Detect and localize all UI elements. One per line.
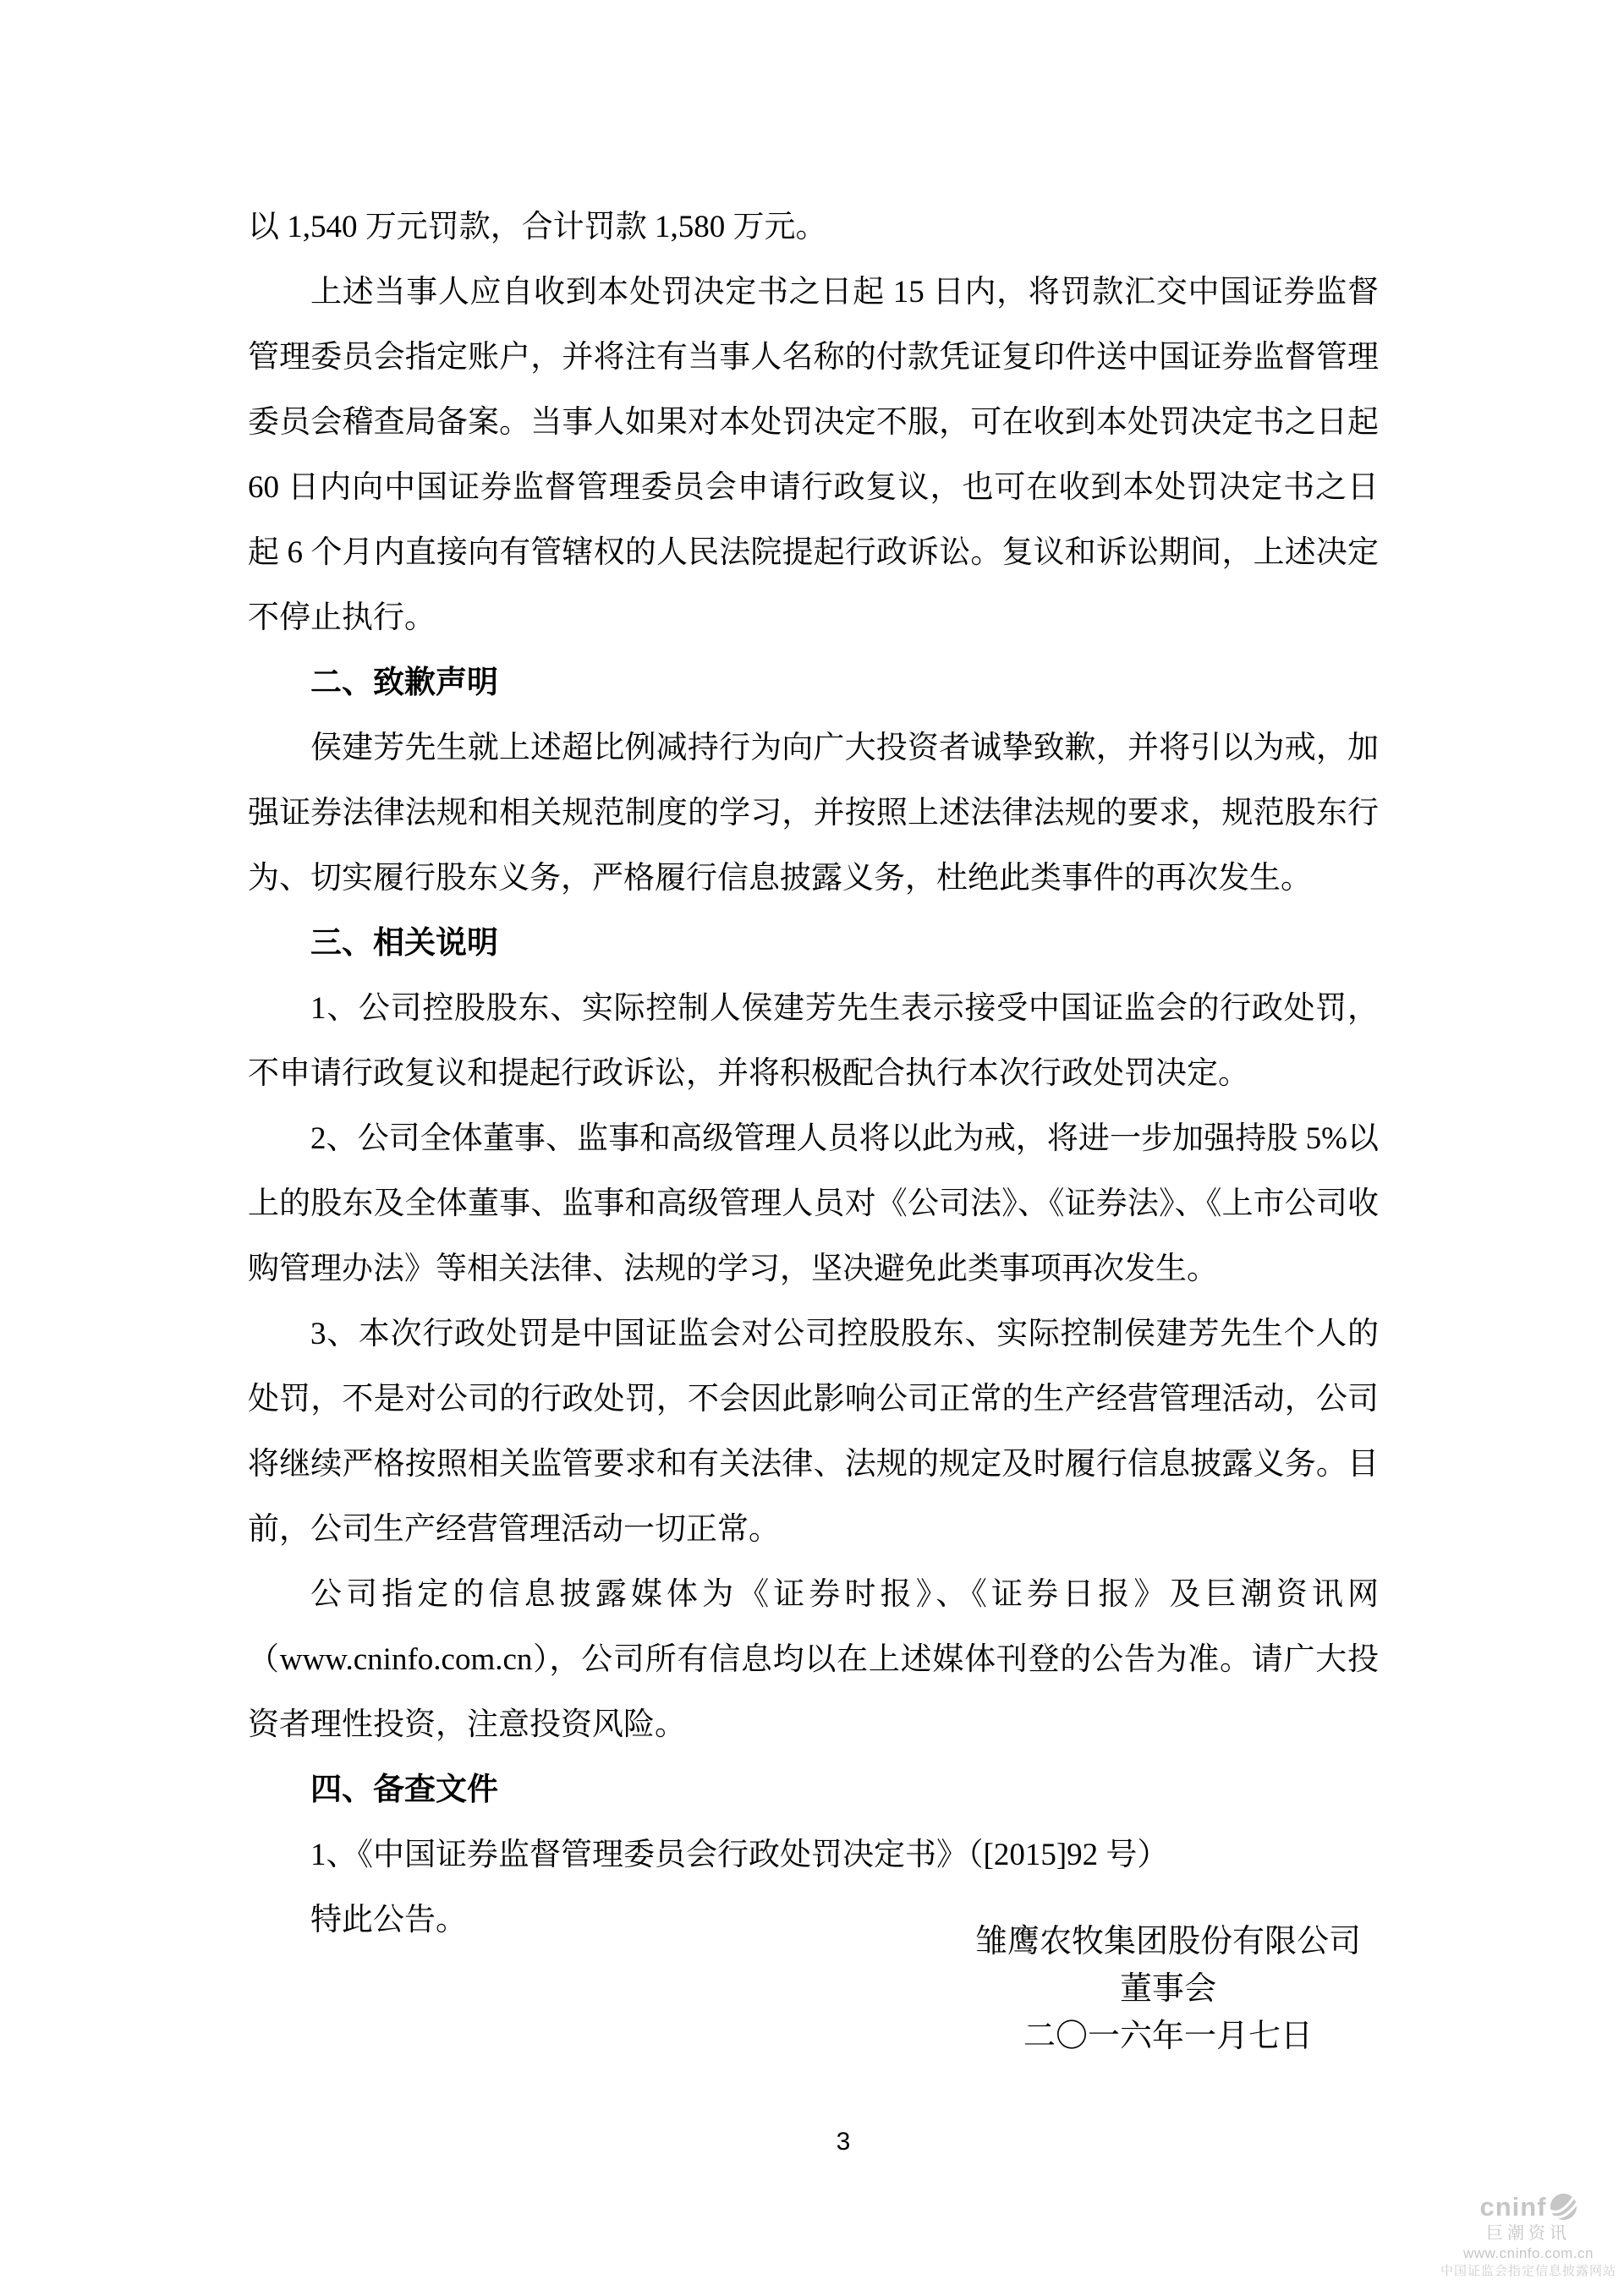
paragraph-fine-amount: 以 1,540 万元罚款，合计罚款 1,580 万元。: [248, 195, 1379, 260]
company-name: 雏鹰农牧集团股份有限公司: [975, 1918, 1361, 1965]
section-heading-related-notes: 三、相关说明: [248, 911, 1379, 976]
paragraph-payment-instructions: 上述当事人应自收到本处罚决定书之日起 15 日内，将罚款汇交中国证券监督管理委员…: [248, 260, 1379, 650]
announcement-text: 以 1,540 万元罚款，合计罚款 1,580 万元。 上述当事人应自收到本处罚…: [248, 195, 1379, 1953]
paragraph-note-3: 3、本次行政处罚是中国证监会对公司控股股东、实际控制侯建芳先生个人的处罚，不是对…: [248, 1301, 1379, 1562]
page-number: 3: [809, 2128, 877, 2156]
section-heading-reference-documents: 四、备查文件: [248, 1757, 1379, 1822]
cninfo-watermark: cninf 巨潮资讯 www.cninfo.com.cn 中国证监会指定信息披露…: [1436, 2190, 1621, 2277]
board-label: 董事会: [975, 1965, 1361, 2013]
watermark-tagline: 中国证监会指定信息披露网站: [1436, 2265, 1621, 2277]
cninfo-logo: cninf: [1436, 2190, 1621, 2222]
closing-date: 二〇一六年一月七日: [975, 2013, 1361, 2060]
closing-signature-block: 雏鹰农牧集团股份有限公司 董事会 二〇一六年一月七日: [975, 1918, 1361, 2060]
paragraph-reference-document-1: 1、《中国证券监督管理委员会行政处罚决定书》（[2015]92 号）: [248, 1822, 1379, 1888]
document-page: 以 1,540 万元罚款，合计罚款 1,580 万元。 上述当事人应自收到本处罚…: [0, 0, 1624, 2296]
watermark-brand-name: 巨潮资讯: [1436, 2225, 1621, 2242]
cninfo-logo-text: cninf: [1479, 2194, 1546, 2220]
section-heading-apology: 二、致歉声明: [248, 650, 1379, 715]
cninfo-globe-icon: [1550, 2193, 1577, 2221]
paragraph-disclosure-media: 公司指定的信息披露媒体为《证券时报》、《证券日报》及巨潮资讯网（www.cnin…: [248, 1562, 1379, 1757]
paragraph-note-2: 2、公司全体董事、监事和高级管理人员将以此为戒，将进一步加强持股 5%以上的股东…: [248, 1106, 1379, 1301]
watermark-url: www.cninfo.com.cn: [1436, 2246, 1621, 2260]
paragraph-apology-statement: 侯建芳先生就上述超比例减持行为向广大投资者诚挚致歉，并将引以为戒，加强证券法律法…: [248, 715, 1379, 911]
paragraph-note-1: 1、公司控股股东、实际控制人侯建芳先生表示接受中国证监会的行政处罚，不申请行政复…: [248, 976, 1379, 1106]
